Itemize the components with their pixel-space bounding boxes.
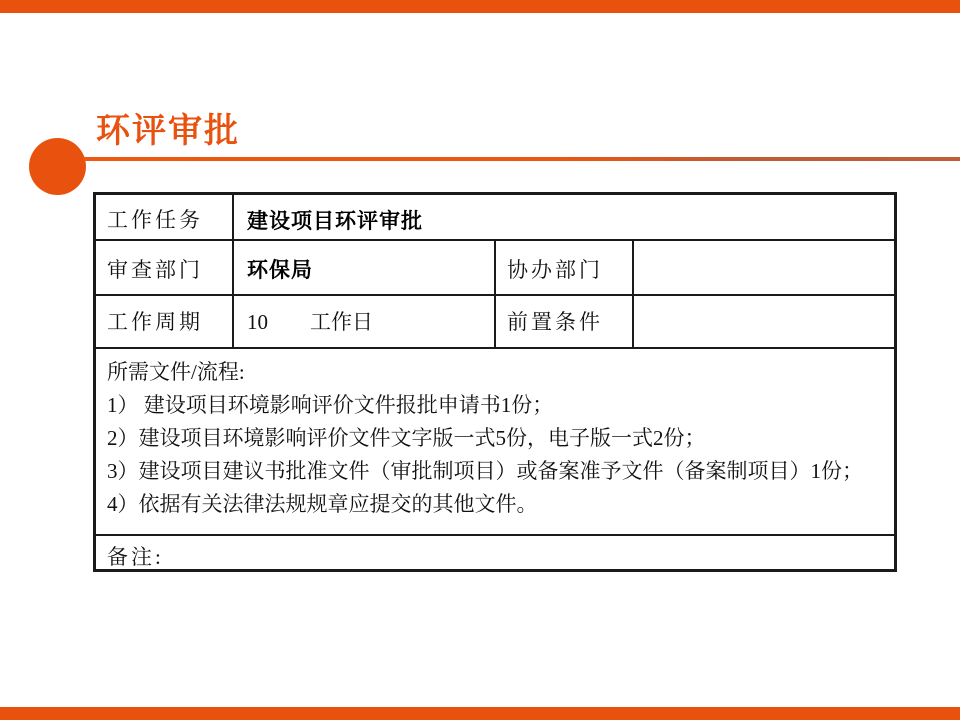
table-row-documents: 所需文件/流程: 1） 建设项目环境影响评价文件报批申请书1份； 2）建设项目环…: [96, 347, 894, 534]
cycle-value-number: 10: [247, 310, 268, 334]
cycle-label: 工作周期: [107, 310, 203, 334]
title-underline-rule: [84, 157, 960, 161]
precondition-label: 前置条件: [507, 310, 603, 334]
documents-cell: 所需文件/流程: 1） 建设项目环境影响评价文件报批申请书1份； 2）建设项目环…: [96, 349, 894, 534]
task-label-cell: 工作任务: [96, 195, 234, 239]
task-value-cell: 建设项目环评审批: [234, 195, 894, 239]
presentation-slide: 环评审批 工作任务 建设项目环评审批 审查部门 环保局 协办部门: [0, 0, 960, 720]
dept-label: 审查部门: [107, 258, 203, 282]
cycle-value-cell: 10工作日: [234, 296, 496, 347]
approval-info-table: 工作任务 建设项目环评审批 审查部门 环保局 协办部门 工作周期: [93, 192, 897, 572]
task-value: 建设项目环评审批: [247, 210, 423, 233]
documents-item-2: 2）建设项目环境影响评价文件文字版一式5份，电子版一式2份；: [107, 422, 880, 455]
precondition-label-cell: 前置条件: [496, 296, 634, 347]
table-row-task: 工作任务 建设项目环评审批: [96, 195, 894, 239]
cycle-label-cell: 工作周期: [96, 296, 234, 347]
dept-value-cell: 环保局: [234, 241, 496, 294]
bottom-accent-bar: [0, 707, 960, 720]
remarks-label: 备注:: [107, 545, 164, 569]
assist-dept-label: 协办部门: [507, 258, 603, 282]
assist-dept-label-cell: 协办部门: [496, 241, 634, 294]
documents-item-4: 4）依据有关法律法规规章应提交的其他文件。: [107, 488, 880, 521]
slide-title: 环评审批: [96, 103, 240, 152]
cycle-value-unit: 工作日: [310, 310, 373, 334]
documents-header: 所需文件/流程:: [107, 356, 880, 389]
table-row-cycle: 工作周期 10工作日 前置条件: [96, 294, 894, 347]
task-label: 工作任务: [107, 208, 203, 232]
table-row-departments: 审查部门 环保局 协办部门: [96, 239, 894, 294]
assist-dept-value-cell: [634, 241, 894, 294]
table-row-remarks: 备注:: [96, 534, 894, 569]
top-accent-bar: [0, 0, 960, 13]
title-circle-decoration: [29, 138, 86, 195]
dept-value: 环保局: [247, 259, 313, 282]
precondition-value-cell: [634, 296, 894, 347]
documents-item-1: 1） 建设项目环境影响评价文件报批申请书1份；: [107, 389, 880, 422]
dept-label-cell: 审查部门: [96, 241, 234, 294]
remarks-cell: 备注:: [96, 536, 894, 569]
documents-item-3: 3）建设项目建议书批准文件（审批制项目）或备案准予文件（备案制项目）1份；: [107, 455, 880, 488]
